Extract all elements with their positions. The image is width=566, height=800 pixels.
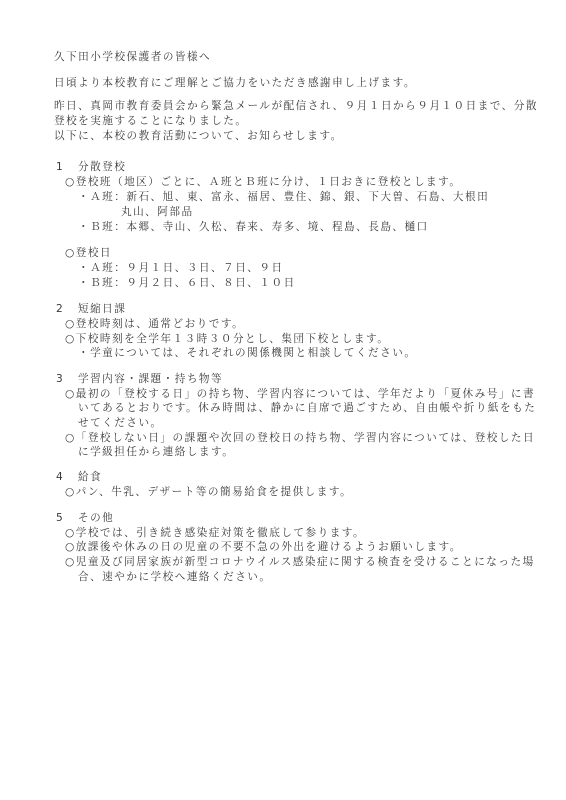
intro-line: 昨日、真岡市教育委員会から緊急メールが配信され、９月１日から９月１０日まで、分散	[54, 99, 538, 113]
section-line: ・学童については、それぞれの関係機関と相談してください。	[78, 346, 416, 360]
document-page: 久下田小学校保護者の皆様へ 日頃より本校教育にご理解とご協力をいただき感謝申し上…	[0, 0, 566, 800]
section-line: ○児童及び同居家族が新型コロナウイルス感染症に関する検査を受けることになった場	[65, 555, 535, 569]
section-line: ○パン、牛乳、デザート等の簡易給食を提供します。	[65, 485, 352, 499]
intro-line: 以下に、本校の教育活動について、お知らせします。	[54, 129, 343, 143]
section-number: 5	[56, 511, 63, 525]
section-line: 合、速やかに学校へ連絡ください。	[78, 570, 272, 584]
section-line: ○登校時刻は、通常どおりです。	[65, 317, 244, 331]
section-number: 3	[56, 372, 63, 386]
section-line: いてあるとおりです。休み時間は、静かに自席で過ごすため、自由帳や折り紙をもた	[78, 401, 536, 415]
section-line: ○放課後や休みの日の児童の不要不急の外出を避けるようお願いします。	[65, 540, 462, 554]
section-line: ○登校班（地区）ごとに、Ａ班とＢ班に分け、１日おきに登校とします。	[65, 175, 461, 189]
section-title: 短縮日課	[78, 302, 126, 316]
section-line: せてください。	[78, 416, 163, 430]
section-line: ○最初の「登校する日」の持ち物、学習内容については、学年だより「夏休み号」に書	[65, 387, 535, 401]
section-line: ・Ａ班：９月１日、３日、７日、９日	[78, 261, 284, 275]
section-line: ・Ｂ班：９月２日、６日、８日、１０日	[78, 276, 296, 290]
section-line: ・Ａ班：新石、旭、東、富永、福居、豊住、錦、銀、下大曽、石島、大根田	[78, 190, 489, 204]
section-number: 2	[56, 302, 63, 316]
intro-line: 登校を実施することになりました。	[54, 114, 248, 128]
section-line: ○「登校しない日」の課題や次回の登校日の持ち物、学習内容については、登校した日	[65, 431, 535, 445]
thanks-line: 日頃より本校教育にご理解とご協力をいただき感謝申し上げます。	[54, 76, 416, 90]
section-title: 学習内容・課題・持ち物等	[78, 372, 223, 386]
section-line: ○下校時刻を全学年１３時３０分とし、集団下校とします。	[65, 332, 389, 346]
greeting: 久下田小学校保護者の皆様へ	[54, 50, 211, 64]
section-number: 4	[56, 470, 63, 484]
section-title: その他	[78, 511, 114, 525]
section-line: ・Ｂ班：本郷、寺山、久松、春来、寿多、境、程島、長島、樋口	[78, 220, 429, 234]
section-number: 1	[56, 160, 63, 174]
section-line: 丸山、阿部品	[121, 205, 194, 219]
section-line: ○学校では、引き続き感染症対策を徹底して参ります。	[65, 526, 365, 540]
section-title: 分散登校	[78, 160, 126, 174]
section-title: 給食	[78, 470, 102, 484]
section-line: ○登校日	[65, 246, 112, 260]
section-line: に学級担任から連絡します。	[78, 445, 234, 459]
